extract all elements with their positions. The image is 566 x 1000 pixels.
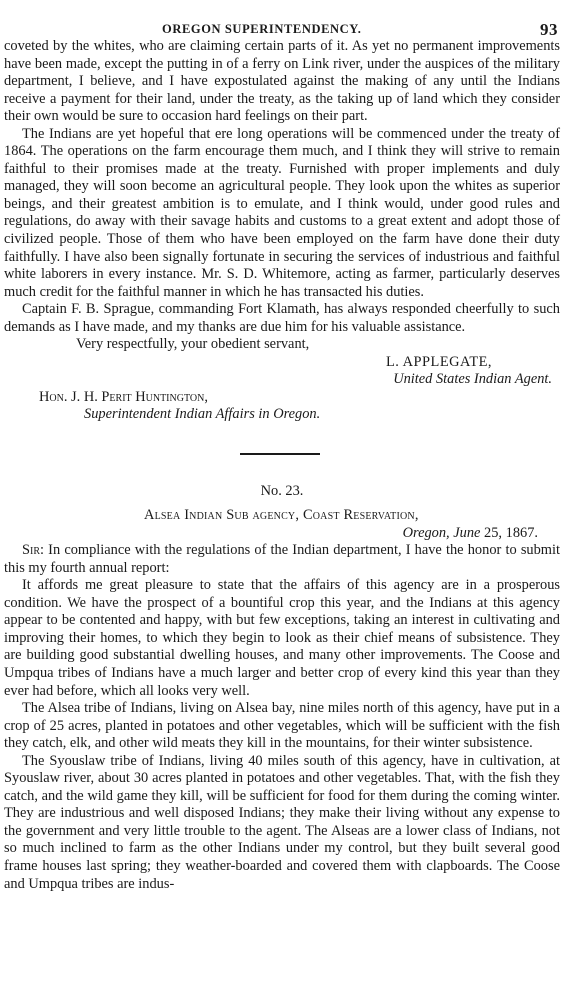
section-divider <box>240 453 320 455</box>
letter-date: Oregon, June 25, 1867. <box>4 525 560 543</box>
paragraph: It affords me great pleasure to state th… <box>4 577 560 700</box>
letter-place: Alsea Indian Sub agency, Coast Reservati… <box>4 507 560 525</box>
addressee-name: Hon. J. H. Perit Huntington, <box>4 389 560 407</box>
paragraph: The Indians are yet hopeful that ere lon… <box>4 126 560 301</box>
addressee-title: Superintendent Indian Affairs in Oregon. <box>4 406 560 424</box>
paragraph: The Alsea tribe of Indians, living on Al… <box>4 700 560 753</box>
signature-title: United States Indian Agent. <box>4 371 560 389</box>
signature-name: L. APPLEGATE, <box>4 354 560 372</box>
page-body: coveted by the whites, who are claiming … <box>4 38 560 893</box>
paragraph: coveted by the whites, who are claiming … <box>4 38 560 126</box>
date-place: Oregon, June <box>403 525 481 541</box>
page-number: 93 <box>540 20 558 40</box>
running-head-title: OREGON SUPERINTENDENCY. <box>162 22 361 37</box>
document-number: No. 23. <box>4 483 560 501</box>
paragraph: Sir: In compliance with the regulations … <box>4 542 560 577</box>
paragraph: Captain F. B. Sprague, commanding Fort K… <box>4 301 560 336</box>
letter-closing: Very respectfully, your obedient servant… <box>4 336 560 354</box>
salutation: Sir <box>22 542 40 558</box>
date-day-year: 25, 1867. <box>484 525 538 541</box>
paragraph-text: : In compliance with the regulations of … <box>4 542 560 576</box>
paragraph: The Syouslaw tribe of Indians, living 40… <box>4 753 560 893</box>
